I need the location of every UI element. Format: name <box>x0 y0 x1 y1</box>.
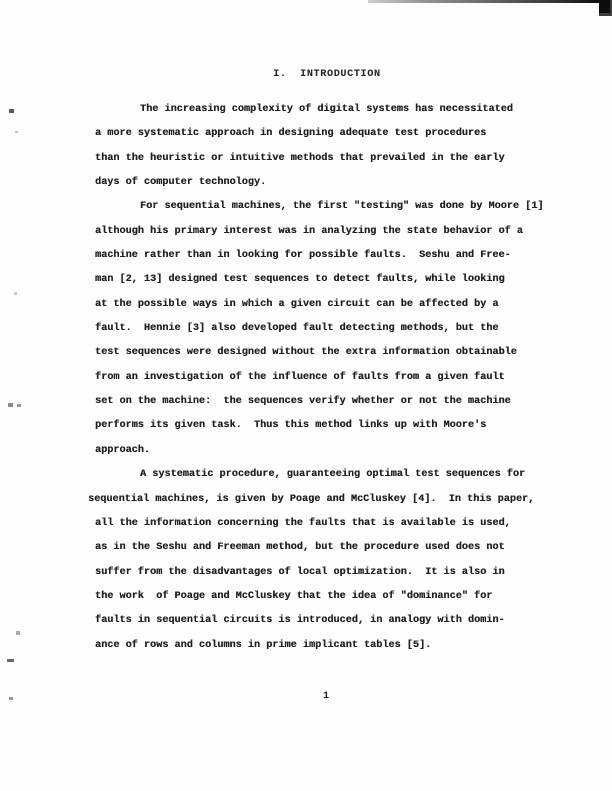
text-line: although his primary interest was in ana… <box>95 220 575 244</box>
text-line: For sequential machines, the first "test… <box>95 195 575 219</box>
scan-speck <box>9 109 14 113</box>
scan-speck <box>15 131 18 133</box>
text-line: the work of Poage and McCluskey that the… <box>95 585 575 609</box>
text-line: faults in sequential circuits is introdu… <box>95 609 575 633</box>
scan-speck <box>9 697 13 700</box>
text-line: machine rather than in looking for possi… <box>95 244 575 268</box>
scan-speck <box>14 292 17 295</box>
scan-speck <box>8 403 13 407</box>
text-line: than the heuristic or intuitive methods … <box>95 147 575 171</box>
scan-speck <box>17 404 21 407</box>
text-line: set on the machine: the sequences verify… <box>95 390 575 414</box>
section-heading: I. INTRODUCTION <box>21 69 612 80</box>
text-line: The increasing complexity of digital sys… <box>95 98 575 122</box>
text-line: performs its given task. Thus this metho… <box>95 414 575 438</box>
text-line: sequential machines, is given by Poage a… <box>88 488 575 512</box>
text-line: from an investigation of the influence o… <box>95 366 575 390</box>
text-line: suffer from the disadvantages of local o… <box>95 561 575 585</box>
text-line: A systematic procedure, guaranteeing opt… <box>95 463 575 487</box>
text-line: as in the Seshu and Freeman method, but … <box>95 536 575 560</box>
text-line: approach. <box>95 439 575 463</box>
text-line: man [2, 13] designed test sequences to d… <box>95 268 575 292</box>
page-number: 1 <box>20 691 612 702</box>
text-line: ance of rows and columns in prime implic… <box>95 634 575 658</box>
text-line: test sequences were designed without the… <box>95 341 575 365</box>
scanned-paper-page: I. INTRODUCTION The increasing complexit… <box>0 0 612 791</box>
text-line: a more systematic approach in designing … <box>95 122 575 146</box>
scan-corner-mark <box>599 0 612 16</box>
scan-speck <box>7 659 14 662</box>
scan-speck <box>16 631 20 635</box>
text-line: days of computer technology. <box>95 171 575 195</box>
text-line: fault. Hennie [3] also developed fault d… <box>95 317 575 341</box>
text-line: all the information concerning the fault… <box>95 512 575 536</box>
text-lines: The increasing complexity of digital sys… <box>95 98 575 658</box>
text-line: at the possible ways in which a given ci… <box>95 293 575 317</box>
scan-edge-line <box>368 0 612 3</box>
